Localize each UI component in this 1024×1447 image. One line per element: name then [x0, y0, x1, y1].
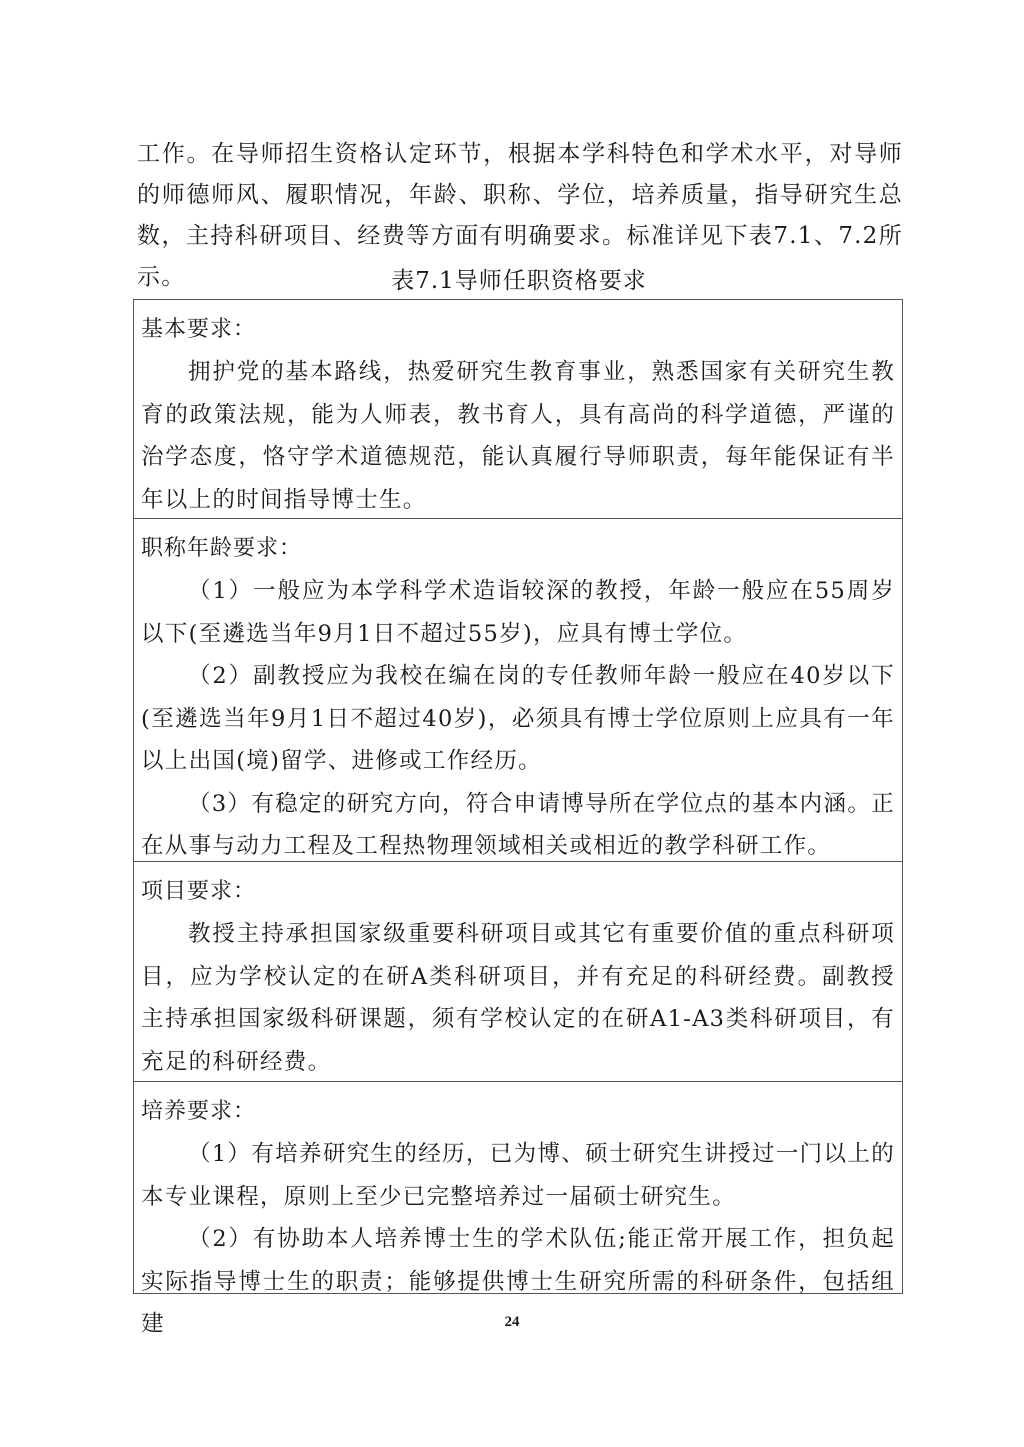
table-row-project-requirements: 项目要求： 教授主持承担国家级重要科研项目或其它有重要价值的重点科研项目，应为学…	[134, 861, 902, 1081]
table-row-basic-requirements: 基本要求： 拥护党的基本路线，热爱研究生教育事业，熟悉国家有关研究生教育的政策法…	[134, 300, 902, 518]
row-paragraph: （1）一般应为本学科学术造诣较深的教授，年龄一般应在55周岁以下(至遴选当年9月…	[141, 570, 895, 655]
page-number: 24	[0, 1314, 1024, 1331]
row-paragraph: （2）副教授应为我校在编在岗的专任教师年龄一般应在40岁以下(至遴选当年9月1日…	[141, 655, 895, 783]
row-title: 项目要求：	[141, 871, 895, 913]
row-paragraph: 拥护党的基本路线，热爱研究生教育事业，熟悉国家有关研究生教育的政策法规，能为人师…	[141, 351, 895, 521]
row-title: 基本要求：	[141, 309, 895, 351]
row-title: 培养要求：	[141, 1091, 895, 1133]
qualification-requirements-table: 基本要求： 拥护党的基本路线，热爱研究生教育事业，熟悉国家有关研究生教育的政策法…	[133, 299, 903, 1294]
row-paragraph: （3）有稳定的研究方向，符合申请博导所在学位点的基本内涵。正在从事与动力工程及工…	[141, 783, 895, 868]
table-caption: 表7.1导师任职资格要求	[133, 263, 905, 299]
table-row-title-age-requirements: 职称年龄要求： （1）一般应为本学科学术造诣较深的教授，年龄一般应在55周岁以下…	[134, 518, 902, 861]
row-paragraph: （1）有培养研究生的经历，已为博、硕士研究生讲授过一门以上的本专业课程，原则上至…	[141, 1133, 895, 1218]
row-paragraph: 教授主持承担国家级重要科研项目或其它有重要价值的重点科研项目，应为学校认定的在研…	[141, 913, 895, 1083]
table-row-training-requirements: 培养要求： （1）有培养研究生的经历，已为博、硕士研究生讲授过一门以上的本专业课…	[134, 1081, 902, 1295]
row-title: 职称年龄要求：	[141, 528, 895, 570]
